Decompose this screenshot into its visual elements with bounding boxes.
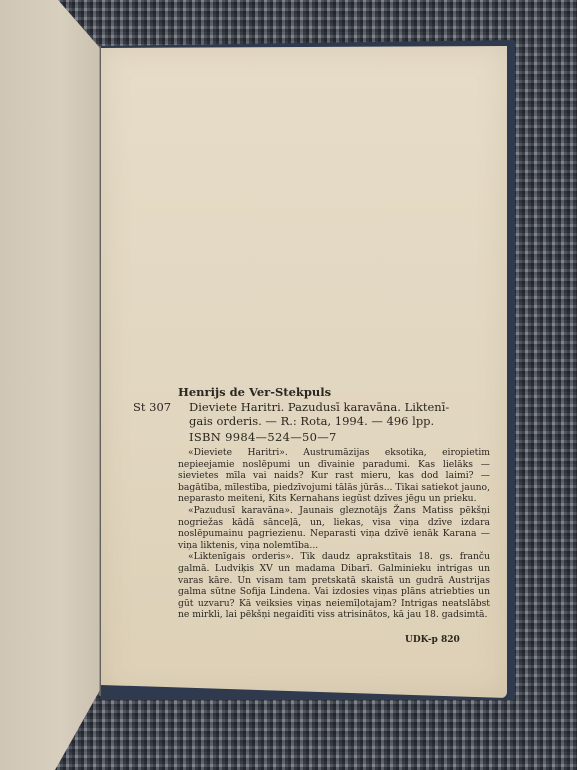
author-name: Henrijs de Ver-Stekpuls <box>178 385 331 399</box>
left-page <box>0 0 100 770</box>
isbn: ISBN 9984—524—50—7 <box>189 430 337 444</box>
annotation-paragraph: «Pazudusī karavāna». Jaunais gleznotājs … <box>178 505 490 551</box>
description-line-2: gais orderis. — R.: Rota, 1994. — 496 lp… <box>189 414 489 428</box>
classification-code: St 307 <box>133 400 171 414</box>
description-line-1: Dieviete Haritri. Pazudusī karavāna. Lik… <box>189 400 489 414</box>
annotation-paragraph: «Dieviete Haritri». Austrumāzijas eksoti… <box>178 447 490 505</box>
udk-code: UDK-p 820 <box>405 633 460 647</box>
annotation-paragraph: «Liktenīgais orderis». Tik daudz aprakst… <box>178 551 490 621</box>
annotation: «Dieviete Haritri». Austrumāzijas eksoti… <box>178 447 490 621</box>
bibliographic-description: Dieviete Haritri. Pazudusī karavāna. Lik… <box>189 400 489 428</box>
book-spine <box>99 46 101 696</box>
